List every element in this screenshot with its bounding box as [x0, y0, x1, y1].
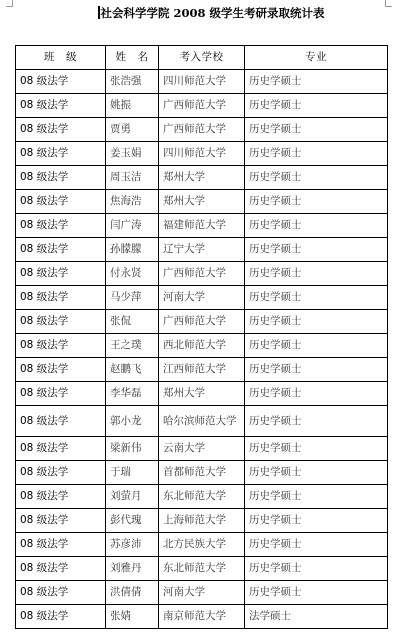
- table-row: 08 级法学张侃广西师范大学历史学硕士: [16, 310, 388, 334]
- table-row: 08 级法学王之璞西北师范大学历史学硕士: [16, 334, 388, 358]
- cell-name: 焦海浩: [106, 190, 159, 214]
- cell-class: 08 级法学: [16, 509, 106, 533]
- cell-name: 姜玉娟: [106, 142, 159, 166]
- cell-major: 历史学硕士: [245, 437, 388, 461]
- cell-class: 08 级法学: [16, 406, 106, 437]
- cell-school: 北方民族大学: [159, 533, 245, 557]
- cell-class: 08 级法学: [16, 358, 106, 382]
- cell-name: 赵鹏飞: [106, 358, 159, 382]
- cell-school: 郑州大学: [159, 190, 245, 214]
- cell-major: 历史学硕士: [245, 358, 388, 382]
- cell-major: 历史学硕士: [245, 238, 388, 262]
- page-corner-mark-right: [385, 0, 392, 7]
- table-row: 08 级法学彭代瑰上海师范大学历史学硕士: [16, 509, 388, 533]
- cell-class: 08 级法学: [16, 382, 106, 406]
- table-header-row: 班 级 姓 名 考入学校 专业: [16, 46, 388, 70]
- cell-major: 历史学硕士: [245, 509, 388, 533]
- cell-name: 苏彦沛: [106, 533, 159, 557]
- table-row: 08 级法学闫广涛福建师范大学历史学硕士: [16, 214, 388, 238]
- cell-major: 历史学硕士: [245, 533, 388, 557]
- cell-class: 08 级法学: [16, 118, 106, 142]
- cell-name: 姚振: [106, 94, 159, 118]
- cell-name: 李华磊: [106, 382, 159, 406]
- cell-major: 历史学硕士: [245, 214, 388, 238]
- cell-school: 上海师范大学: [159, 509, 245, 533]
- cell-class: 08 级法学: [16, 214, 106, 238]
- cell-class: 08 级法学: [16, 310, 106, 334]
- cell-school: 辽宁大学: [159, 238, 245, 262]
- cell-class: 08 级法学: [16, 605, 106, 629]
- cell-name: 刘雅丹: [106, 557, 159, 581]
- cell-name: 周玉洁: [106, 166, 159, 190]
- cell-name: 于瑞: [106, 461, 159, 485]
- table-row: 08 级法学洪倩倩河南大学历史学硕士: [16, 581, 388, 605]
- cell-class: 08 级法学: [16, 238, 106, 262]
- cell-school: 福建师范大学: [159, 214, 245, 238]
- cell-major: 历史学硕士: [245, 557, 388, 581]
- cell-school: 云南大学: [159, 437, 245, 461]
- table-row: 08 级法学周玉洁郑州大学历史学硕士: [16, 166, 388, 190]
- cell-major: 法学硕士: [245, 605, 388, 629]
- cell-major: 历史学硕士: [245, 70, 388, 94]
- text-cursor: [98, 6, 100, 19]
- cell-major: 历史学硕士: [245, 262, 388, 286]
- cell-name: 梁新伟: [106, 437, 159, 461]
- cell-school: 河南大学: [159, 581, 245, 605]
- cell-major: 历史学硕士: [245, 166, 388, 190]
- cell-major: 历史学硕士: [245, 581, 388, 605]
- cell-name: 贾勇: [106, 118, 159, 142]
- cell-name: 孙朦朦: [106, 238, 159, 262]
- cell-class: 08 级法学: [16, 334, 106, 358]
- table-row: 08 级法学于瑞首都师范大学历史学硕士: [16, 461, 388, 485]
- cell-name: 张婧: [106, 605, 159, 629]
- table-row: 08 级法学刘萤月东北师范大学历史学硕士: [16, 485, 388, 509]
- header-class: 班 级: [16, 46, 106, 70]
- cell-school: 郑州大学: [159, 382, 245, 406]
- cell-school: 广西师范大学: [159, 94, 245, 118]
- cell-name: 王之璞: [106, 334, 159, 358]
- cell-class: 08 级法学: [16, 533, 106, 557]
- cell-major: 历史学硕士: [245, 142, 388, 166]
- table-row: 08 级法学贾勇广西师范大学历史学硕士: [16, 118, 388, 142]
- cell-school: 江西师范大学: [159, 358, 245, 382]
- table-row: 08 级法学李华磊郑州大学历史学硕士: [16, 382, 388, 406]
- page-corner-mark-left: [6, 0, 13, 7]
- cell-class: 08 级法学: [16, 142, 106, 166]
- cell-major: 历史学硕士: [245, 485, 388, 509]
- cell-class: 08 级法学: [16, 166, 106, 190]
- header-name: 姓 名: [106, 46, 159, 70]
- cell-school: 广西师范大学: [159, 262, 245, 286]
- table-row: 08 级法学赵鹏飞江西师范大学历史学硕士: [16, 358, 388, 382]
- cell-major: 历史学硕士: [245, 310, 388, 334]
- cell-school: 广西师范大学: [159, 118, 245, 142]
- cell-class: 08 级法学: [16, 190, 106, 214]
- cell-school: 南京师范大学: [159, 605, 245, 629]
- cell-name: 张浩强: [106, 70, 159, 94]
- document-title[interactable]: 社会科学学院 2008 级学生考研录取统计表: [98, 4, 325, 22]
- cell-class: 08 级法学: [16, 461, 106, 485]
- cell-name: 洪倩倩: [106, 581, 159, 605]
- cell-class: 08 级法学: [16, 70, 106, 94]
- table-row: 08 级法学姚振广西师范大学历史学硕士: [16, 94, 388, 118]
- cell-class: 08 级法学: [16, 94, 106, 118]
- admission-table: 班 级 姓 名 考入学校 专业 08 级法学张浩强四川师范大学历史学硕士08 级…: [15, 45, 388, 629]
- table-row: 08 级法学张婧南京师范大学法学硕士: [16, 605, 388, 629]
- cell-name: 郭小龙: [106, 406, 159, 437]
- cell-major: 历史学硕士: [245, 334, 388, 358]
- cell-name: 付永贤: [106, 262, 159, 286]
- cell-name: 闫广涛: [106, 214, 159, 238]
- table-row: 08 级法学姜玉娟四川师范大学历史学硕士: [16, 142, 388, 166]
- cell-class: 08 级法学: [16, 437, 106, 461]
- cell-major: 历史学硕士: [245, 94, 388, 118]
- cell-school: 郑州大学: [159, 166, 245, 190]
- table-body: 08 级法学张浩强四川师范大学历史学硕士08 级法学姚振广西师范大学历史学硕士0…: [16, 70, 388, 629]
- cell-name: 张侃: [106, 310, 159, 334]
- cell-school: 哈尔滨师范大学: [159, 406, 245, 437]
- table-row: 08 级法学张浩强四川师范大学历史学硕士: [16, 70, 388, 94]
- cell-major: 历史学硕士: [245, 190, 388, 214]
- cell-major: 历史学硕士: [245, 118, 388, 142]
- cell-school: 西北师范大学: [159, 334, 245, 358]
- header-school: 考入学校: [159, 46, 245, 70]
- header-major: 专业: [245, 46, 388, 70]
- table-row: 08 级法学苏彦沛北方民族大学历史学硕士: [16, 533, 388, 557]
- cell-major: 历史学硕士: [245, 461, 388, 485]
- table-row: 08 级法学孙朦朦辽宁大学历史学硕士: [16, 238, 388, 262]
- cell-class: 08 级法学: [16, 286, 106, 310]
- table-row: 08 级法学刘雅丹东北师范大学历史学硕士: [16, 557, 388, 581]
- table-row: 08 级法学郭小龙哈尔滨师范大学历史学硕士: [16, 406, 388, 437]
- table-row: 08 级法学梁新伟云南大学历史学硕士: [16, 437, 388, 461]
- cell-school: 河南大学: [159, 286, 245, 310]
- cell-name: 彭代瑰: [106, 509, 159, 533]
- cell-school: 东北师范大学: [159, 485, 245, 509]
- cell-major: 历史学硕士: [245, 286, 388, 310]
- table-row: 08 级法学马少萍河南大学历史学硕士: [16, 286, 388, 310]
- table-row: 08 级法学付永贤广西师范大学历史学硕士: [16, 262, 388, 286]
- document-title-text: 社会科学学院 2008 级学生考研录取统计表: [101, 6, 325, 20]
- cell-school: 东北师范大学: [159, 557, 245, 581]
- cell-school: 四川师范大学: [159, 142, 245, 166]
- cell-class: 08 级法学: [16, 557, 106, 581]
- cell-class: 08 级法学: [16, 262, 106, 286]
- cell-name: 刘萤月: [106, 485, 159, 509]
- cell-major: 历史学硕士: [245, 406, 388, 437]
- cell-school: 广西师范大学: [159, 310, 245, 334]
- cell-class: 08 级法学: [16, 485, 106, 509]
- table-row: 08 级法学焦海浩郑州大学历史学硕士: [16, 190, 388, 214]
- cell-name: 马少萍: [106, 286, 159, 310]
- cell-class: 08 级法学: [16, 581, 106, 605]
- cell-major: 历史学硕士: [245, 382, 388, 406]
- cell-school: 四川师范大学: [159, 70, 245, 94]
- cell-school: 首都师范大学: [159, 461, 245, 485]
